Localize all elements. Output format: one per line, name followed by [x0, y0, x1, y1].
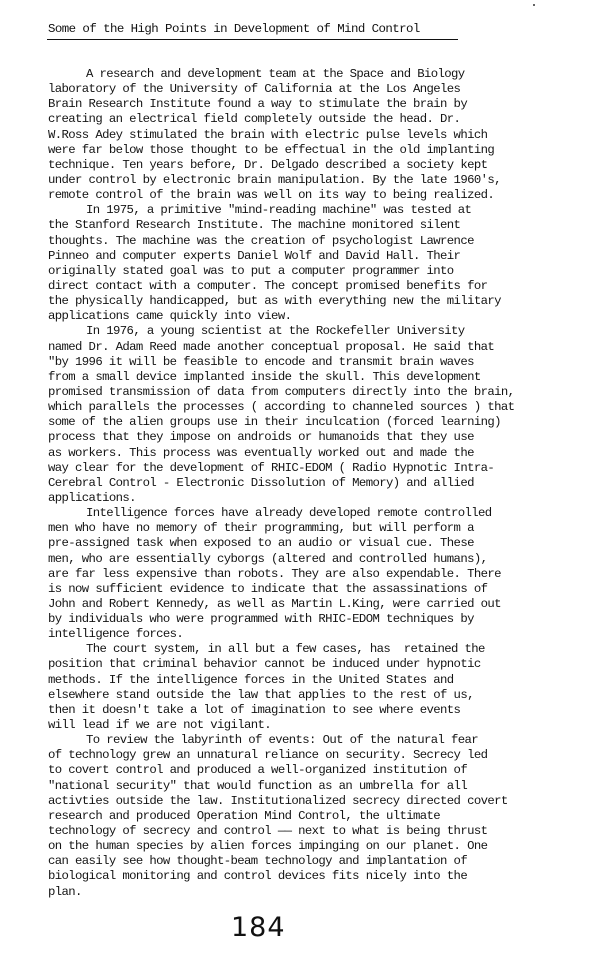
text-line: then it doesn't take a lot of imaginatio…	[48, 703, 600, 718]
text-line: named Dr. Adam Reed made another concept…	[48, 340, 600, 355]
text-line: on the human species by alien forces imp…	[48, 839, 600, 854]
text-line: plan.	[48, 885, 600, 900]
text-line: remote control of the brain was well on …	[48, 188, 600, 203]
text-line: laboratory of the University of Californ…	[48, 82, 600, 97]
text-line: thoughts. The machine was the creation o…	[48, 234, 600, 249]
text-line: will lead if we are not vigilant.	[48, 718, 600, 733]
text-line: direct contact with a computer. The conc…	[48, 279, 600, 294]
paragraph: The court system, in all but a few cases…	[48, 642, 600, 733]
text-line: In 1976, a young scientist at the Rockef…	[48, 324, 600, 339]
text-line: John and Robert Kennedy, as well as Mart…	[48, 597, 600, 612]
paragraph: A research and development team at the S…	[48, 67, 600, 203]
text-line: by individuals who were programmed with …	[48, 612, 600, 627]
text-line: Cerebral Control - Electronic Dissolutio…	[48, 476, 600, 491]
text-line: are far less expensive than robots. They…	[48, 567, 600, 582]
text-line: process that they impose on androids or …	[48, 430, 600, 445]
text-line: way clear for the development of RHIC-ED…	[48, 461, 600, 476]
text-line: Brain Research Institute found a way to …	[48, 97, 600, 112]
text-line: were far below those thought to be effec…	[48, 143, 600, 158]
text-line: A research and development team at the S…	[48, 67, 600, 82]
text-line: Pinneo and computer experts Daniel Wolf …	[48, 249, 600, 264]
text-line: methods. If the intelligence forces in t…	[48, 673, 600, 688]
paragraph: In 1975, a primitive "mind-reading machi…	[48, 203, 600, 324]
text-line: technique. Ten years before, Dr. Delgado…	[48, 158, 600, 173]
scan-speck	[533, 4, 535, 6]
page-title: Some of the High Points in Development o…	[48, 22, 420, 36]
document-page: Some of the High Points in Development o…	[0, 0, 600, 955]
paragraph: To review the labyrinth of events: Out o…	[48, 733, 600, 900]
text-line: the Stanford Research Institute. The mac…	[48, 218, 600, 233]
text-line: some of the alien groups use in their in…	[48, 415, 600, 430]
text-line: originally stated goal was to put a comp…	[48, 264, 600, 279]
text-line: of technology grew an unnatural reliance…	[48, 748, 600, 763]
text-line: Intelligence forces have already develop…	[48, 506, 600, 521]
text-line: pre-assigned task when exposed to an aud…	[48, 536, 600, 551]
text-line: technology of secrecy and control —— nex…	[48, 824, 600, 839]
text-line: which parallels the processes ( accordin…	[48, 400, 600, 415]
paragraph: Intelligence forces have already develop…	[48, 506, 600, 642]
text-line: promised transmission of data from compu…	[48, 385, 600, 400]
paragraph: In 1976, a young scientist at the Rockef…	[48, 324, 600, 506]
text-line: "national security" that would function …	[48, 779, 600, 794]
text-line: applications.	[48, 491, 600, 506]
text-line: activties outside the law. Institutional…	[48, 794, 600, 809]
text-line: creating an electrical field completely …	[48, 112, 600, 127]
text-line: "by 1996 it will be feasible to encode a…	[48, 355, 600, 370]
text-line: men who have no memory of their programm…	[48, 521, 600, 536]
title-underline	[47, 39, 458, 40]
text-line: W.Ross Adey stimulated the brain with el…	[48, 128, 600, 143]
text-line: elsewhere stand outside the law that app…	[48, 688, 600, 703]
text-line: The court system, in all but a few cases…	[48, 642, 600, 657]
text-line: In 1975, a primitive "mind-reading machi…	[48, 203, 600, 218]
text-line: applications came quickly into view.	[48, 309, 600, 324]
page-number: 184	[231, 912, 286, 943]
text-line: as workers. This process was eventually …	[48, 446, 600, 461]
text-line: men, who are essentially cyborgs (altere…	[48, 552, 600, 567]
text-line: can easily see how thought-beam technolo…	[48, 854, 600, 869]
text-line: to covert control and produced a well-or…	[48, 763, 600, 778]
text-line: intelligence forces.	[48, 627, 600, 642]
text-line: from a small device implanted inside the…	[48, 370, 600, 385]
text-line: To review the labyrinth of events: Out o…	[48, 733, 600, 748]
text-line: biological monitoring and control device…	[48, 869, 600, 884]
text-line: the physically handicapped, but as with …	[48, 294, 600, 309]
document-body: A research and development team at the S…	[48, 67, 600, 900]
text-line: is now sufficient evidence to indicate t…	[48, 582, 600, 597]
text-line: research and produced Operation Mind Con…	[48, 809, 600, 824]
text-line: under control by electronic brain manipu…	[48, 173, 600, 188]
text-line: position that criminal behavior cannot b…	[48, 657, 600, 672]
